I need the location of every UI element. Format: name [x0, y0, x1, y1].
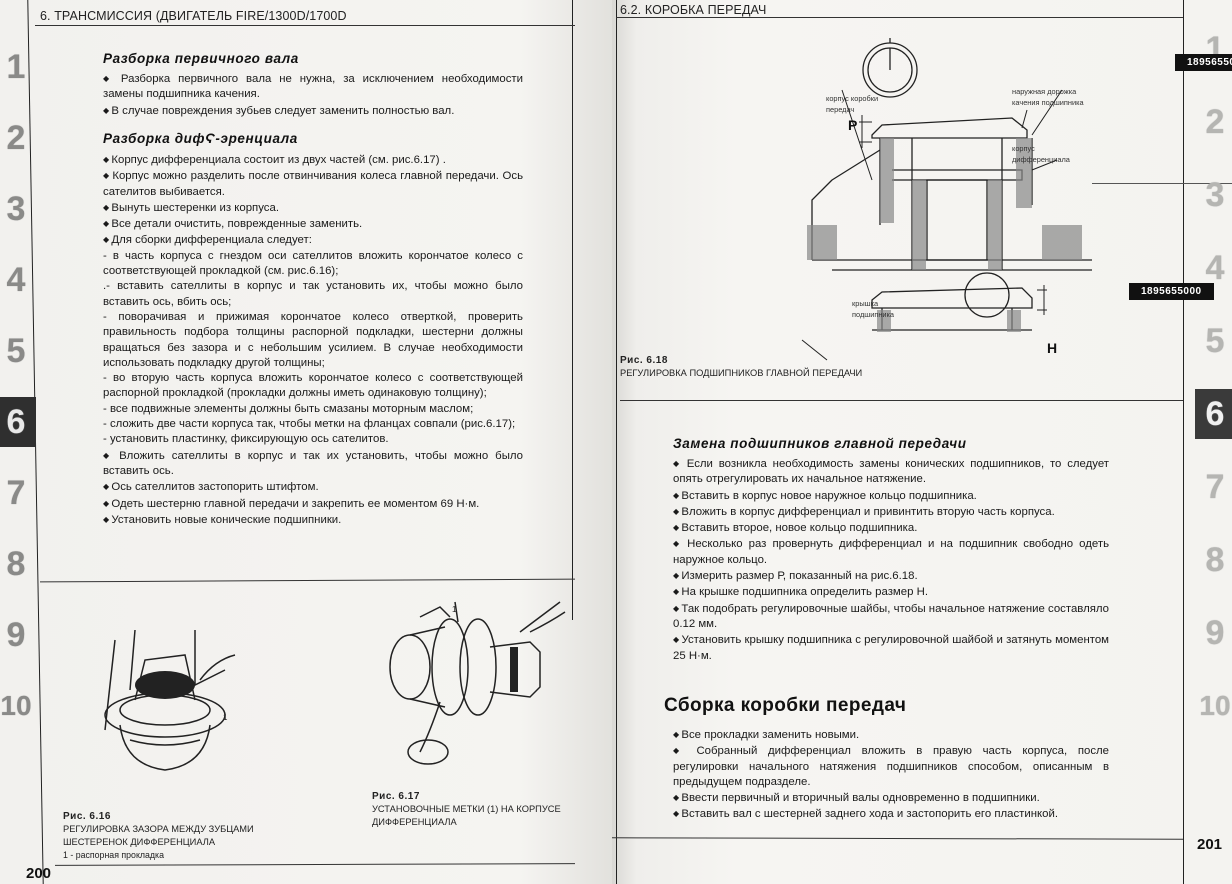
paragraph: Вложить в корпус дифференциал и привинти…: [673, 504, 1109, 520]
paragraph: Если возникла необходимость замены конич…: [673, 456, 1109, 488]
callout-label: 1: [223, 713, 228, 722]
page-number: 201: [1197, 836, 1222, 853]
chapter-tab-7: 7: [1195, 462, 1232, 512]
header-rule: [616, 17, 1183, 18]
callout-label: 1: [452, 605, 457, 614]
paragraph: Вынуть шестеренки из корпуса.: [103, 200, 523, 216]
figure-6-16-caption: Рис. 6.16 РЕГУЛИРОВКА ЗАЗОРА МЕЖДУ ЗУБЦА…: [63, 810, 313, 862]
page-border-right: [1183, 0, 1184, 884]
figure-title: РЕГУЛИРОВКА ПОДШИПНИКОВ ГЛАВНОЙ ПЕРЕДАЧИ: [620, 367, 880, 380]
section-title: Разборка первичного вала: [103, 51, 299, 66]
paragraph: Корпус можно разделить после отвинчивани…: [103, 168, 523, 200]
paragraph: Несколько раз провернуть дифференциал и …: [673, 536, 1109, 568]
dimension-label-h: H: [1047, 340, 1057, 356]
section-title: Замена подшипников главной передачи: [673, 436, 967, 451]
paragraph: В случае повреждения зубьев следует заме…: [103, 103, 523, 119]
paragraph: Все детали очистить, поврежденные замени…: [103, 216, 523, 232]
chapter-tab-9: 9: [1195, 608, 1232, 658]
figure-number: Рис. 6.16: [63, 810, 313, 823]
figure-divider: [40, 579, 575, 583]
section-body: Все прокладки заменить новыми.Собранный …: [673, 727, 1109, 823]
page-border-left: [616, 0, 617, 884]
chapter-tab-3: 3: [1195, 170, 1232, 220]
callout-outer-race: наружная дорожка качения подшипника: [1012, 86, 1092, 108]
paragraph: Измерить размер Р, показанный на рис.6.1…: [673, 568, 1109, 584]
tool-part-number-label: 1895655000: [1129, 283, 1214, 300]
figure-6-17-caption: Рис. 6.17 УСТАНОВОЧНЫЕ МЕТКИ (1) НА КОРП…: [372, 790, 572, 829]
footer-rule: [55, 863, 575, 866]
chapter-tab-5: 5: [0, 326, 36, 376]
paragraph: Так подобрать регулировочные шайбы, чтоб…: [673, 601, 1109, 633]
dimension-label-p: P: [848, 117, 857, 133]
page-border-right: [572, 0, 573, 620]
chapter-tab-10: 10: [1195, 681, 1232, 731]
paragraph: .- вставить сателлиты в корпус и так уст…: [103, 279, 523, 310]
callout-diff-housing: корпус дифференциала: [1012, 143, 1082, 165]
chapter-tab-10: 10: [0, 681, 36, 731]
chapter-tab-2: 2: [0, 113, 36, 163]
running-head: 6. ТРАНСМИССИЯ (ДВИГАТЕЛЬ FIRE/1300D/170…: [40, 9, 347, 23]
figure-title: УСТАНОВОЧНЫЕ МЕТКИ (1) НА КОРПУСЕ ДИФФЕР…: [372, 803, 572, 829]
figure-title: РЕГУЛИРОВКА ЗАЗОРА МЕЖДУ ЗУБЦАМИ ШЕСТЕРЕ…: [63, 823, 313, 849]
chapter-tab-9: 9: [0, 610, 36, 660]
paragraph: - установить пластинку, фиксирующую ось …: [103, 432, 523, 447]
paragraph: - все подвижные элементы должны быть сма…: [103, 402, 523, 417]
figure-number: Рис. 6.18: [620, 354, 880, 367]
chapter-tab-8: 8: [0, 539, 36, 589]
paragraph: Установить крышку подшипника с регулиров…: [673, 632, 1109, 664]
chapter-tab-6: 6: [1195, 389, 1232, 439]
chapter-tab-2: 2: [1195, 97, 1232, 147]
callout-bearing-cap: крышка подшипника: [852, 298, 902, 320]
chapter-tab-4: 4: [0, 255, 36, 305]
figure-divider: [620, 400, 1183, 401]
chapter-tab-7: 7: [0, 468, 36, 518]
figure-6-18-diagram: [852, 30, 1152, 390]
paragraph: - сложить две части корпуса так, чтобы м…: [103, 417, 523, 432]
figure-number: Рис. 6.17: [372, 790, 572, 803]
left-page: 6. ТРАНСМИССИЯ (ДВИГАТЕЛЬ FIRE/1300D/170…: [0, 0, 612, 884]
paragraph: - поворачивая и прижимая корончатое коле…: [103, 310, 523, 371]
paragraph: Собранный дифференциал вложить в правую …: [673, 743, 1109, 790]
chapter-tab-6: 6: [0, 397, 36, 447]
paragraph: Вставить вал с шестерней заднего хода и …: [673, 806, 1109, 822]
page-number: 200: [26, 865, 51, 882]
paragraph: Вставить в корпус новое наружное кольцо …: [673, 488, 1109, 504]
footer-rule: [612, 837, 1183, 839]
running-head: 6.2. КОРОБКА ПЕРЕДАЧ: [620, 3, 766, 17]
section-body: Корпус дифференциала состоит из двух час…: [103, 152, 523, 528]
section-body: Если возникла необходимость замены конич…: [673, 456, 1109, 664]
right-page: 6.2. КОРОБКА ПЕРЕДАЧ 12345678910: [612, 0, 1232, 884]
paragraph: Установить новые конические подшипники.: [103, 512, 523, 528]
section-body: Разборка первичного вала не нужна, за ис…: [103, 71, 523, 119]
paragraph: Для сборки дифференциала следует:: [103, 232, 523, 248]
paragraph: Одеть шестерню главной передачи и закреп…: [103, 496, 523, 512]
section-title: Сборка коробки передач: [664, 695, 906, 717]
figure-6-17-drawing: 1: [380, 592, 570, 762]
paragraph: Корпус дифференциала состоит из двух час…: [103, 152, 523, 168]
figure-6-18-caption: Рис. 6.18 РЕГУЛИРОВКА ПОДШИПНИКОВ ГЛАВНО…: [620, 354, 880, 380]
callout-gearbox-housing: корпус коробки передач: [826, 93, 886, 115]
paragraph: Вставить второе, новое кольцо подшипника…: [673, 520, 1109, 536]
paragraph: Разборка первичного вала не нужна, за ис…: [103, 71, 523, 103]
header-rule: [35, 25, 575, 26]
tool-part-number-label: 1895655000: [1175, 54, 1232, 71]
paragraph: - во вторую часть корпуса вложить коронч…: [103, 371, 523, 402]
chapter-tab-1: 1: [0, 42, 36, 92]
section-title: Разборка дифϚ-эренциала: [103, 131, 298, 146]
figure-note: 1 - распорная прокладка: [63, 849, 313, 862]
chapter-tab-5: 5: [1195, 316, 1232, 366]
paragraph: - в часть корпуса с гнездом оси сателлит…: [103, 249, 523, 280]
chapter-tab-3: 3: [0, 184, 36, 234]
figure-6-16-drawing: 1: [95, 600, 245, 780]
paragraph: Ввести первичный и вторичный валы одновр…: [673, 790, 1109, 806]
chapter-tab-8: 8: [1195, 535, 1232, 585]
paragraph: Вложить сателлиты в корпус и так их уста…: [103, 448, 523, 480]
paragraph: На крышке подшипника определить размер Н…: [673, 584, 1109, 600]
paragraph: Все прокладки заменить новыми.: [673, 727, 1109, 743]
paragraph: Ось сателлитов застопорить штифтом.: [103, 479, 523, 495]
